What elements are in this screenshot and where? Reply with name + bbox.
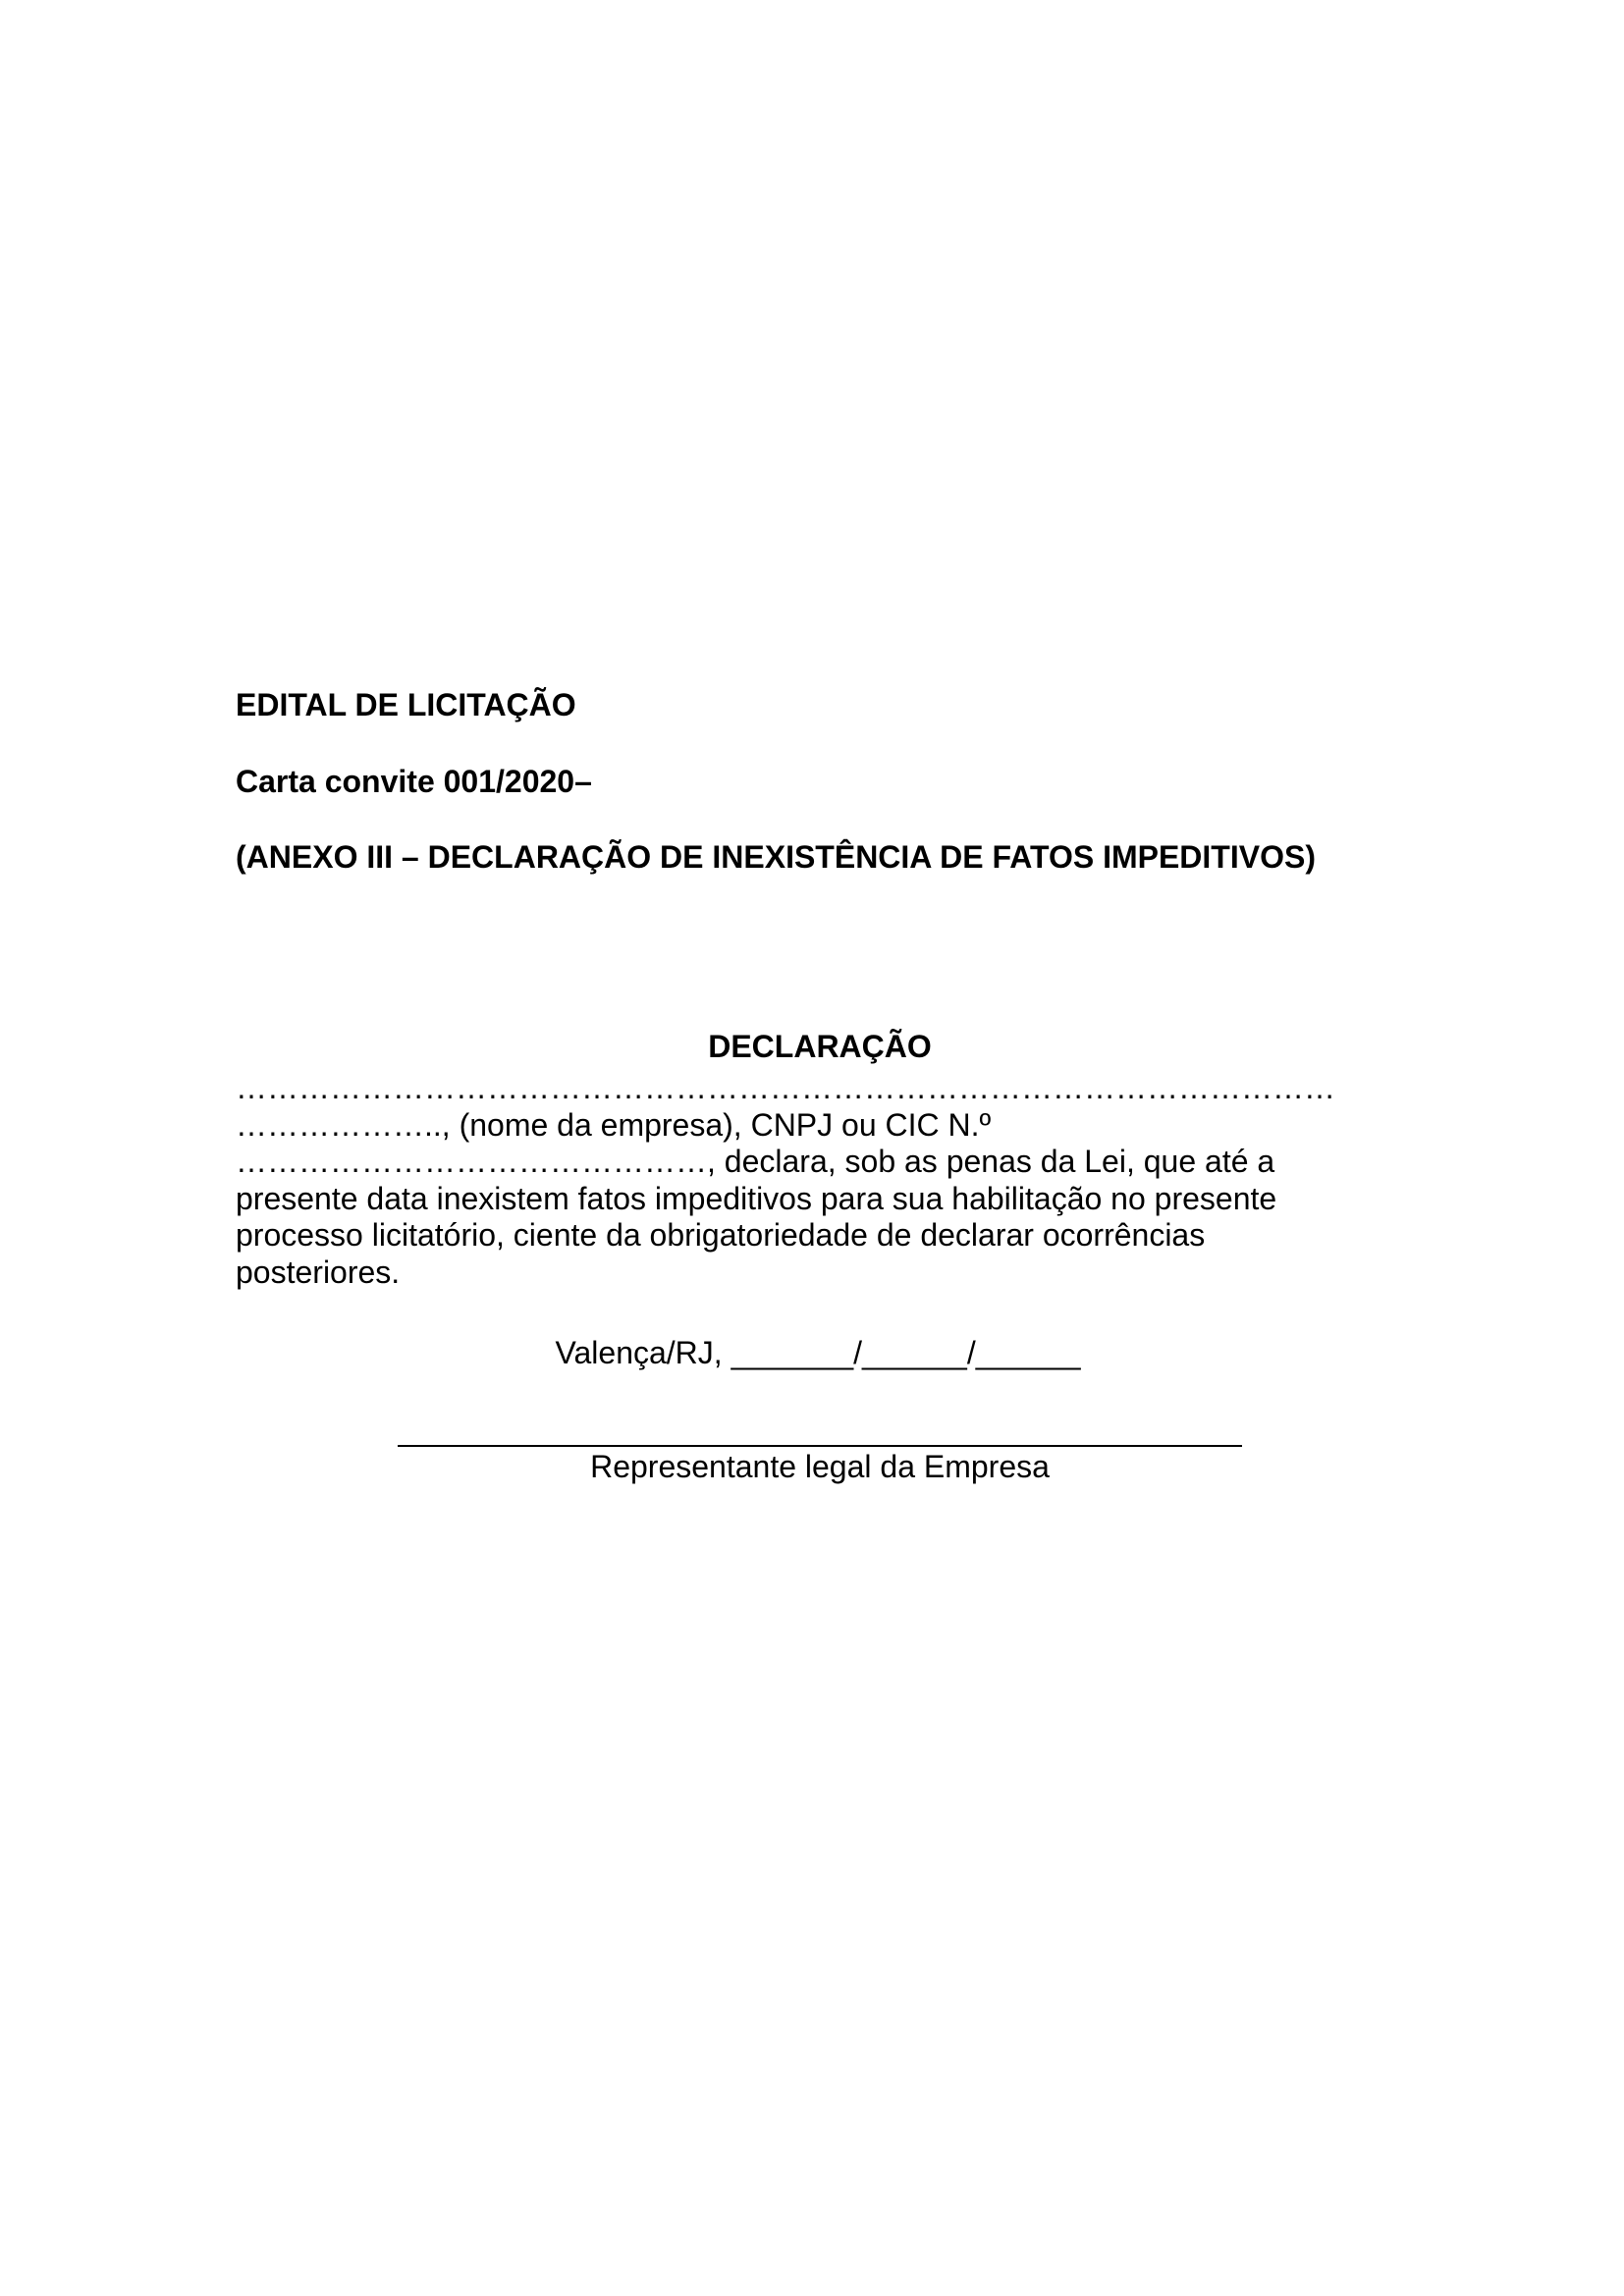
declaration-line-6: posteriores.	[236, 1255, 1394, 1292]
document-title: EDITAL DE LICITAÇÃO	[236, 687, 576, 723]
declaration-line-3: ………………………………………, declara, sob as penas d…	[236, 1144, 1394, 1181]
declaration-line-4: presente data inexistem fatos impeditivo…	[236, 1181, 1394, 1218]
place-date-field: Valença/RJ, _______/______/______	[0, 1335, 1624, 1371]
signature-line	[398, 1445, 1242, 1447]
declaration-line-5: processo licitatório, ciente da obrigato…	[236, 1217, 1394, 1255]
declaration-line-2: ……………….., (nome da empresa), CNPJ ou CIC…	[236, 1107, 1394, 1145]
company-name-blank: ……………………………………………………………………………………………	[236, 1070, 1394, 1107]
signature-label: Representante legal da Empresa	[0, 1449, 1624, 1485]
invitation-number: Carta convite 001/2020–	[236, 764, 592, 800]
declaration-title: DECLARAÇÃO	[0, 1029, 1624, 1065]
annex-title: (ANEXO III – DECLARAÇÃO DE INEXISTÊNCIA …	[236, 839, 1316, 876]
declaration-body: …………………………………………………………………………………………… ……………	[236, 1070, 1394, 1292]
